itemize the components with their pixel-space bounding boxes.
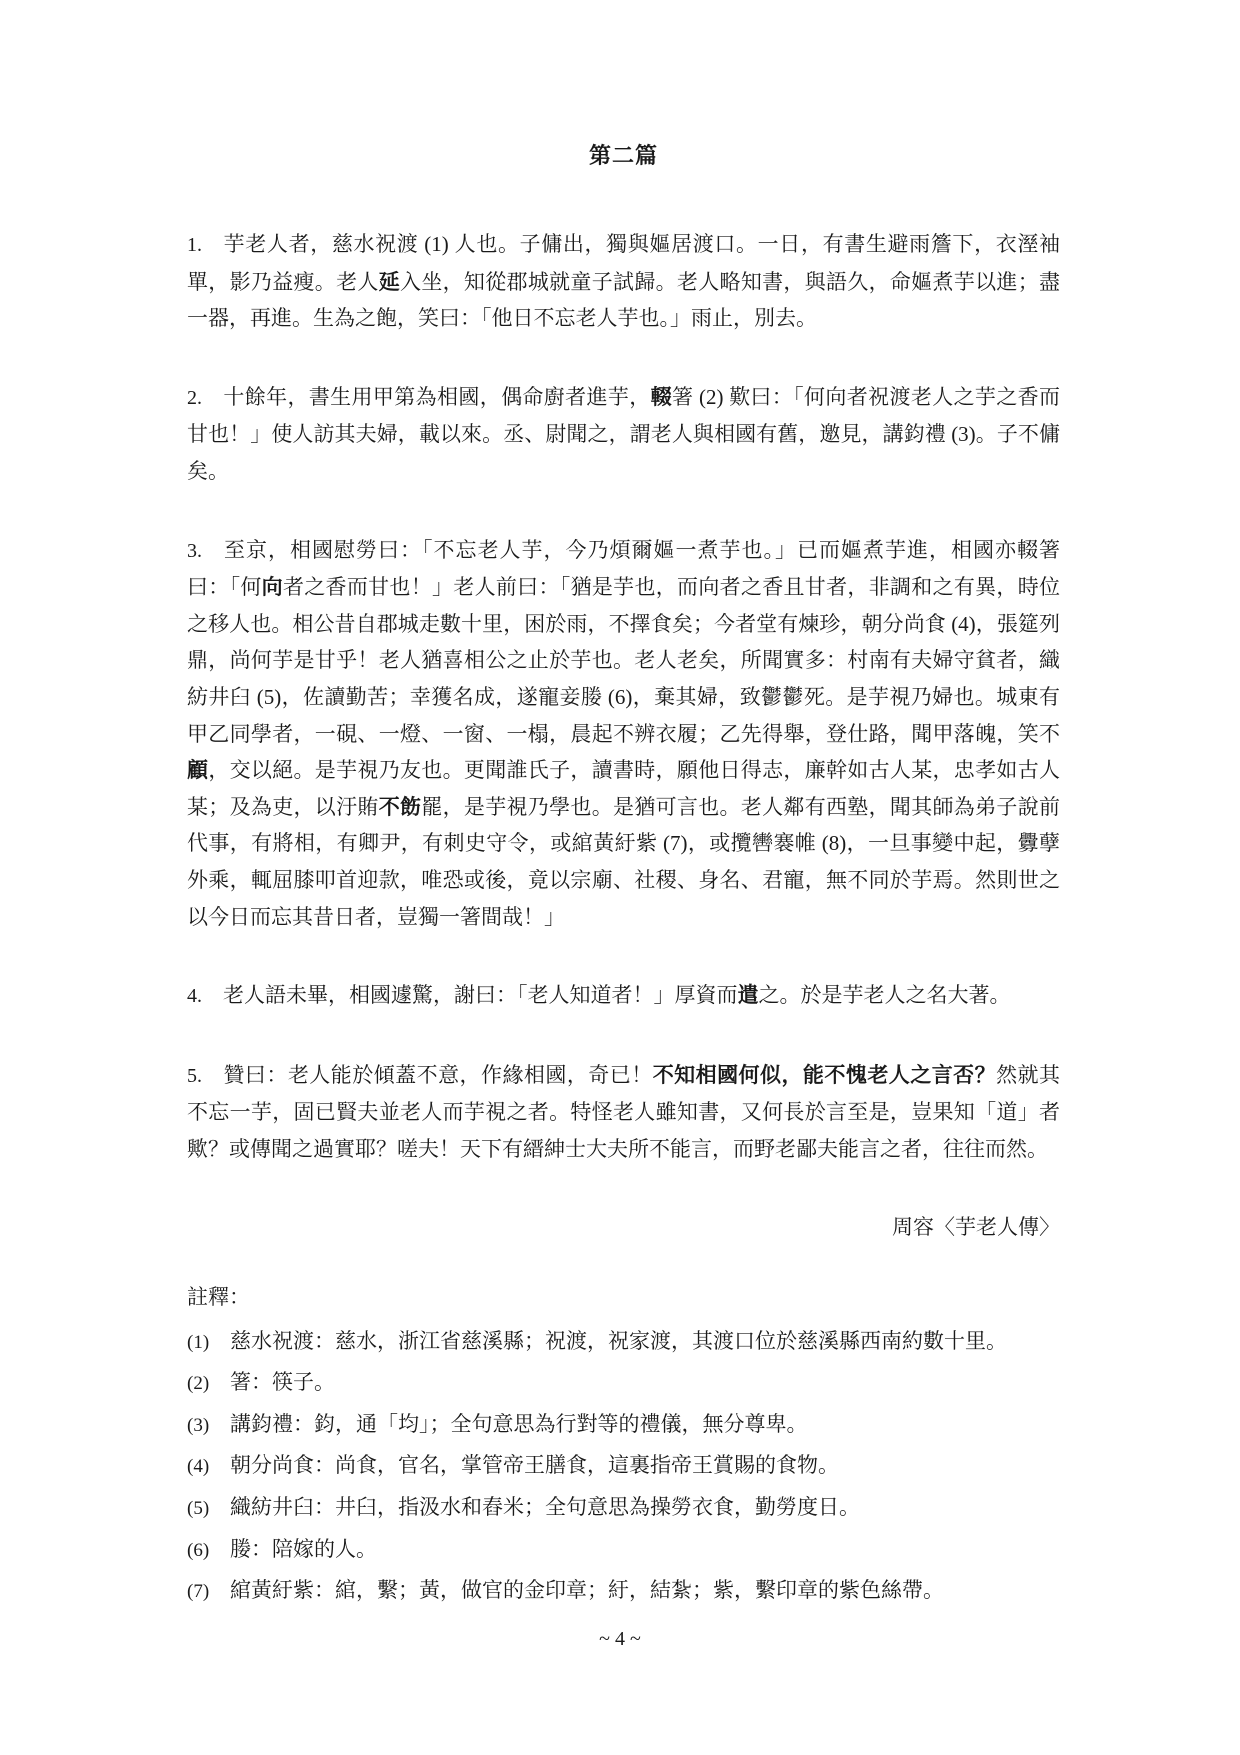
note-text: 講鈞禮：鈞，通「均」；全句意思為行對等的禮儀，無分尊卑。 — [230, 1412, 808, 1436]
paragraph-list: 1.芋老人者，慈水祝渡 (1) 人也。子傭出，獨與嫗居渡口。一日，有書生避雨簷下… — [187, 226, 1060, 1167]
note-number: (2) — [187, 1366, 230, 1403]
paragraph-number: 2. — [187, 380, 223, 417]
note-item-5: (5)織紡井臼：井臼，指汲水和舂米；全句意思為操勞衣食，勤勞度日。 — [187, 1489, 1060, 1528]
emphasis-text: 不飭 — [379, 795, 422, 819]
page-title: 第二篇 — [187, 142, 1060, 170]
note-text: 箸：筷子。 — [230, 1370, 335, 1394]
emphasis-text: 不知相國何似，能不愧老人之言否？ — [653, 1063, 996, 1087]
note-item-7: (7)綰黃紆紫：綰，繫；黃，做官的金印章；紆，結紮；紫，繫印章的紫色絲帶。 — [187, 1572, 1060, 1611]
note-text: 朝分尚食：尚食，官名，掌管帝王膳食，這裏指帝王賞賜的食物。 — [230, 1453, 839, 1477]
paragraph-4: 4.老人語未畢，相國遽驚，謝曰：「老人知道者！」厚資而遣之。於是芋老人之名大著。 — [187, 977, 1060, 1015]
note-item-2: (2)箸：筷子。 — [187, 1364, 1060, 1403]
note-item-1: (1)慈水祝渡：慈水，浙江省慈溪縣；祝渡，祝家渡，其渡口位於慈溪縣西南約數十里。 — [187, 1323, 1060, 1362]
note-text: 媵：陪嫁的人。 — [230, 1537, 377, 1561]
emphasis-text: 遣 — [738, 983, 759, 1007]
note-text: 織紡井臼：井臼，指汲水和舂米；全句意思為操勞衣食，勤勞度日。 — [230, 1495, 860, 1519]
body-text: 十餘年，書生用甲第為相國，偶命廚者進芋， — [223, 385, 651, 409]
note-number: (1) — [187, 1325, 230, 1362]
attribution: 周容〈芋老人傳〉 — [187, 1209, 1060, 1246]
emphasis-text: 向 — [262, 575, 283, 599]
note-number: (7) — [187, 1574, 230, 1611]
note-text: 慈水祝渡：慈水，浙江省慈溪縣；祝渡，祝家渡，其渡口位於慈溪縣西南約數十里。 — [230, 1329, 1007, 1353]
note-item-6: (6)媵：陪嫁的人。 — [187, 1531, 1060, 1570]
note-item-3: (3)講鈞禮：鈞，通「均」；全句意思為行對等的禮儀，無分尊卑。 — [187, 1406, 1060, 1445]
paragraph-number: 4. — [187, 978, 223, 1015]
note-text: 綰黃紆紫：綰，繫；黃，做官的金印章；紆，結紮；紫，繫印章的紫色絲帶。 — [230, 1578, 944, 1602]
document-page: 第二篇 1.芋老人者，慈水祝渡 (1) 人也。子傭出，獨與嫗居渡口。一日，有書生… — [0, 0, 1240, 1755]
body-text: 贊曰：老人能於傾蓋不意，作緣相國，奇已！ — [223, 1063, 653, 1087]
paragraph-number: 5. — [187, 1058, 223, 1095]
paragraph-5: 5.贊曰：老人能於傾蓋不意，作緣相國，奇已！不知相國何似，能不愧老人之言否？然就… — [187, 1057, 1060, 1168]
paragraph-2: 2.十餘年，書生用甲第為相國，偶命廚者進芋，輟箸 (2) 歎曰：「何向者祝渡老人… — [187, 379, 1060, 490]
emphasis-text: 顧 — [187, 758, 208, 782]
note-number: (4) — [187, 1449, 230, 1486]
note-number: (5) — [187, 1491, 230, 1528]
notes-list: (1)慈水祝渡：慈水，浙江省慈溪縣；祝渡，祝家渡，其渡口位於慈溪縣西南約數十里。… — [187, 1323, 1060, 1611]
note-number: (3) — [187, 1408, 230, 1445]
body-text: 之。於是芋老人之名大著。 — [759, 983, 1011, 1007]
emphasis-text: 輟 — [651, 385, 672, 409]
paragraph-number: 3. — [187, 533, 223, 570]
paragraph-1: 1.芋老人者，慈水祝渡 (1) 人也。子傭出，獨與嫗居渡口。一日，有書生避雨簷下… — [187, 226, 1060, 337]
paragraph-3: 3.至京，相國慰勞曰：「不忘老人芋，今乃煩爾嫗一煮芋也。」已而嫗煮芋進，相國亦輟… — [187, 532, 1060, 936]
notes-heading: 註釋： — [187, 1279, 1060, 1316]
paragraph-number: 1. — [187, 227, 223, 264]
body-text: 老人語未畢，相國遽驚，謝曰：「老人知道者！」厚資而 — [223, 983, 738, 1007]
note-item-4: (4)朝分尚食：尚食，官名，掌管帝王膳食，這裏指帝王賞賜的食物。 — [187, 1447, 1060, 1486]
body-text: 者之香而甘也！」老人前曰：「猶是芋也，而向者之香且甘者，非調和之有異，時位之移人… — [187, 575, 1060, 745]
note-number: (6) — [187, 1533, 230, 1570]
page-number: ~ 4 ~ — [0, 1628, 1240, 1651]
emphasis-text: 延 — [379, 270, 400, 294]
